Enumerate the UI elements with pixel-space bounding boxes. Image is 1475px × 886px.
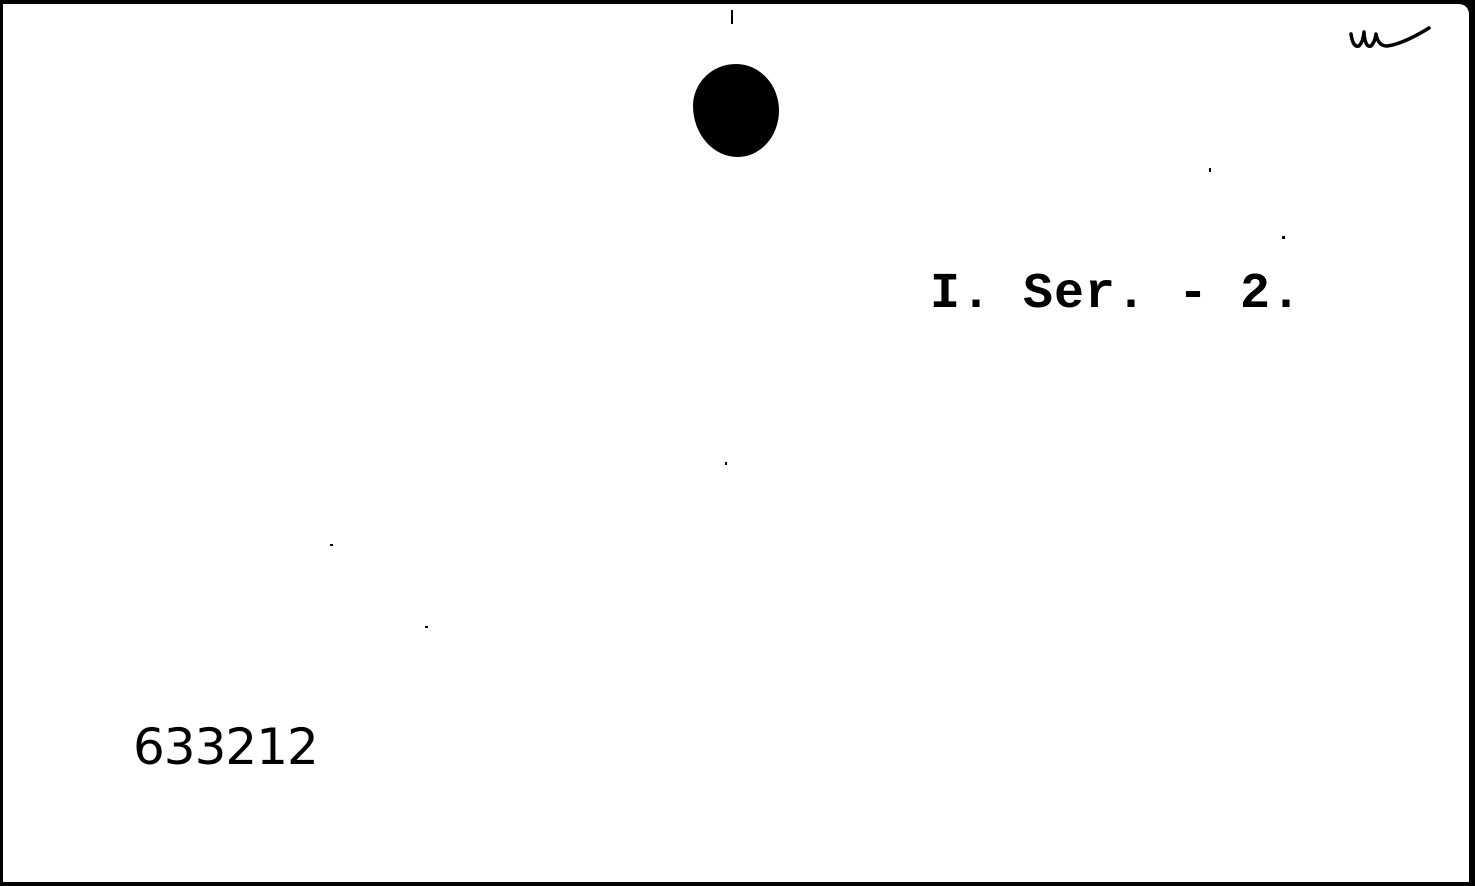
scan-speck [425, 626, 428, 628]
scan-speck [1282, 236, 1285, 239]
series-label: I. Ser. - 2. [930, 270, 1302, 320]
punch-hole [693, 64, 779, 157]
scan-speck [731, 10, 733, 24]
handwritten-initials-mark [1347, 22, 1437, 56]
scan-speck [725, 462, 727, 465]
scan-speck [1209, 168, 1211, 172]
scan-speck [330, 544, 333, 546]
card-number: 633212 [133, 722, 318, 772]
index-card: I. Ser. - 2. 633212 [3, 4, 1469, 882]
